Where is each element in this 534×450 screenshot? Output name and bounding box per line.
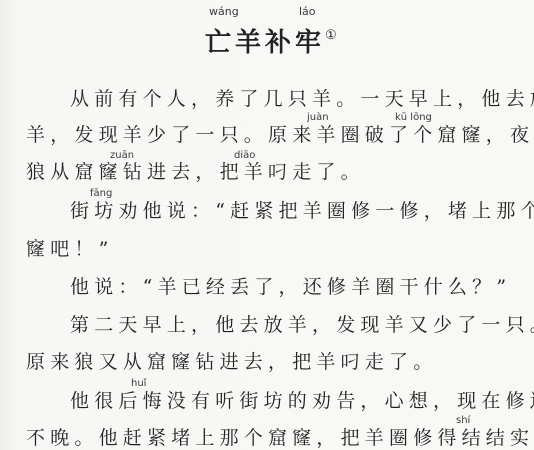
text-line: 从前有个人，养了几只羊。一天早上，他去放 [70,84,534,111]
title-pinyin-wang: wáng [209,5,239,18]
title-pinyin-lao: láo [299,5,316,18]
pinyin-annotation-diao: diāo [234,150,255,161]
pinyin-annotation-shi: shí [456,415,470,426]
page-title: 亡羊补牢① [205,22,337,59]
pinyin-annotation-hui: huǐ [131,378,146,389]
text-line: 羊，发现羊少了一只。原来羊圈破了个窟窿，夜里 [26,120,534,147]
text-line: 不晚。他赶紧堵上那个窟窿，把羊圈修得结结实实 [26,423,534,450]
text-line: 他说：“羊已经丢了，还修羊圈干什么？” [70,272,511,299]
pinyin-annotation-juan: juàn [307,112,329,123]
text-line: 狼从窟窿钻进去，把羊叼走了。 [26,157,365,184]
pinyin-annotation-zuan: zuān [110,150,134,161]
text-line: 第二天早上，他去放羊，发现羊又少了一只。 [70,310,534,337]
title-text: 亡羊补牢 [205,28,325,58]
text-line: 原来狼又从窟窿钻进去，把羊叼走了。 [26,347,437,374]
text-line: 窿吧！” [26,234,114,261]
pinyin-annotation-kulong: kū lōng [395,112,432,123]
pinyin-annotation-fang: fāng [90,188,112,199]
text-line: 他很后悔没有听街坊的劝告，心想，现在修还 [70,386,534,413]
footnote-marker: ① [325,28,337,43]
text-line: 街坊劝他说：“赶紧把羊圈修一修，堵上那个窟 [70,196,534,223]
textbook-page: wáng láo 亡羊补牢① 从前有个人，养了几只羊。一天早上，他去放 羊，发现… [0,0,534,450]
